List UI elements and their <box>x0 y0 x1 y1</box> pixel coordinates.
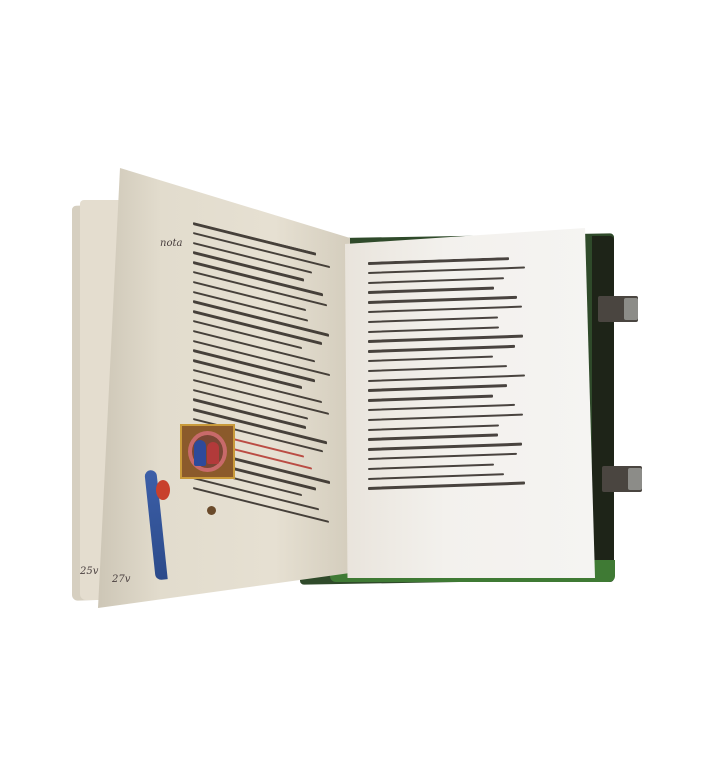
text-line <box>193 340 330 377</box>
text-line <box>368 287 494 294</box>
text-line <box>193 300 329 336</box>
text-line <box>368 306 522 314</box>
manuscript-photo: nota 27v 25v <box>0 0 710 780</box>
text-line <box>368 424 499 431</box>
clasp-top <box>598 296 638 322</box>
text-line <box>368 345 515 353</box>
text-line <box>368 266 525 274</box>
text-line <box>368 326 499 333</box>
text-line <box>368 296 517 304</box>
clasp-metal <box>624 298 638 320</box>
text-line <box>368 384 507 391</box>
text-line <box>368 463 494 470</box>
clasp-bottom <box>602 466 642 492</box>
red-flourish <box>156 480 170 500</box>
text-line <box>368 356 493 363</box>
text-line <box>368 316 498 323</box>
illuminated-initial <box>180 424 235 479</box>
folio-number: 27v <box>112 574 130 585</box>
text-line <box>368 473 504 480</box>
text-line <box>193 369 322 404</box>
text-line <box>368 404 515 412</box>
cover-spine-edge <box>592 236 614 582</box>
left-page-text <box>193 222 333 529</box>
text-line <box>368 395 493 402</box>
text-line <box>368 434 498 441</box>
text-line <box>368 453 517 461</box>
text-line <box>193 261 323 296</box>
gold-ball <box>207 506 216 515</box>
text-line <box>368 335 523 343</box>
margin-note: nota <box>160 238 182 249</box>
figure-blue-robe <box>194 440 206 466</box>
clasp-metal <box>628 468 642 490</box>
right-page-text <box>368 256 528 492</box>
text-line <box>368 374 525 382</box>
text-line <box>368 365 507 372</box>
figure-red-robe <box>207 442 219 464</box>
text-line <box>368 443 522 451</box>
text-line <box>368 413 523 421</box>
text-line <box>368 277 504 284</box>
stack-number: 25v <box>80 566 98 577</box>
